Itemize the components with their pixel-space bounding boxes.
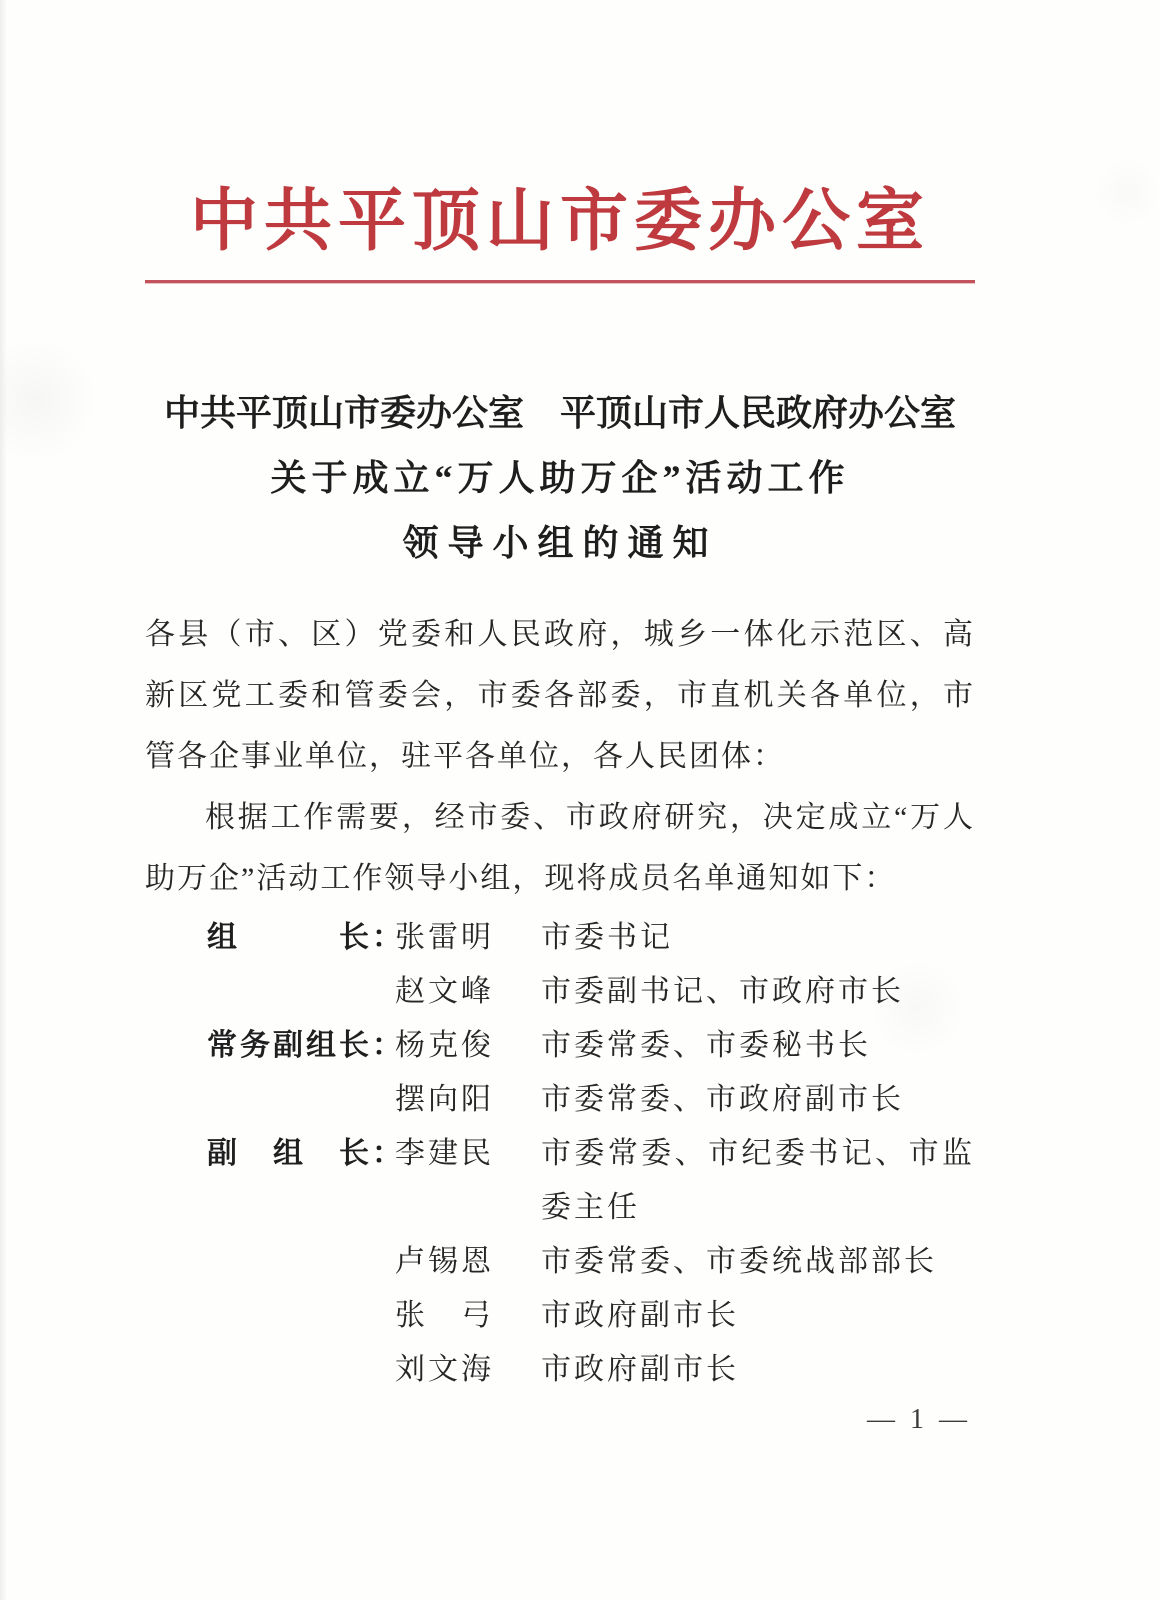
member-title: 市委副书记、市政府市长 [541,965,975,1019]
leading-group-member-list: 组 长： 张雷明 市委书记 赵文峰 市委副书记、市政府市长 常务副组长： 杨克俊… [207,911,975,1397]
recipients-paragraph: 各县（市、区）党委和人民政府，城乡一体化示范区、高新区党工委和管委会，市委各部委… [145,604,975,787]
document-title-line1: 中共平顶山市委办公室 平顶山市人民政府办公室 [145,381,975,446]
member-name: 杨克俊 [395,1019,541,1073]
scanned-document-page: 中共平顶山市委办公室 中共平顶山市委办公室 平顶山市人民政府办公室 关于成立“万… [0,0,1161,1600]
member-row: 常务副组长： 杨克俊 市委常委、市委秘书长 [207,1019,975,1073]
member-title: 市委常委、市纪委书记、市监委主任 [541,1127,975,1235]
letterhead-rule [145,280,975,283]
member-title: 市政府副市长 [541,1289,975,1343]
document-title-line3: 领导小组的通知 [145,511,975,576]
member-row: 刘文海 市政府副市长 [207,1343,975,1397]
member-role-label: 副 组 长： [207,1127,395,1181]
member-title: 市委常委、市委统战部部长 [541,1235,975,1289]
member-row: 张 弓 市政府副市长 [207,1289,975,1343]
document-body: 各县（市、区）党委和人民政府，城乡一体化示范区、高新区党工委和管委会，市委各部委… [145,604,975,909]
member-name: 卢锡恩 [395,1235,541,1289]
member-name: 刘文海 [395,1343,541,1397]
letterhead: 中共平顶山市委办公室 [145,0,975,283]
member-row: 摆向阳 市委常委、市政府副市长 [207,1073,975,1127]
member-row: 副 组 长： 李建民 市委常委、市纪委书记、市监委主任 [207,1127,975,1235]
member-name: 摆向阳 [395,1073,541,1127]
intro-paragraph: 根据工作需要，经市委、市政府研究，决定成立“万人助万企”活动工作领导小组，现将成… [145,787,975,909]
document-title-line2: 关于成立“万人助万企”活动工作 [145,446,975,511]
member-name: 李建民 [395,1127,541,1181]
member-role-label: 组 长： [207,911,395,965]
document-content: 中共平顶山市委办公室 中共平顶山市委办公室 平顶山市人民政府办公室 关于成立“万… [0,0,1161,1397]
member-row: 卢锡恩 市委常委、市委统战部部长 [207,1235,975,1289]
member-name: 赵文峰 [395,965,541,1019]
member-title: 市委书记 [541,911,975,965]
member-name: 张雷明 [395,911,541,965]
member-title: 市委常委、市政府副市长 [541,1073,975,1127]
member-title: 市委常委、市委秘书长 [541,1019,975,1073]
member-title: 市政府副市长 [541,1343,975,1397]
member-name: 张 弓 [395,1289,541,1343]
page-number: — 1 — [867,1404,971,1436]
letterhead-office-name: 中共平顶山市委办公室 [145,176,975,268]
document-title: 中共平顶山市委办公室 平顶山市人民政府办公室 关于成立“万人助万企”活动工作 领… [145,381,975,576]
member-row: 组 长： 张雷明 市委书记 [207,911,975,965]
member-row: 赵文峰 市委副书记、市政府市长 [207,965,975,1019]
member-role-label: 常务副组长： [207,1019,395,1073]
